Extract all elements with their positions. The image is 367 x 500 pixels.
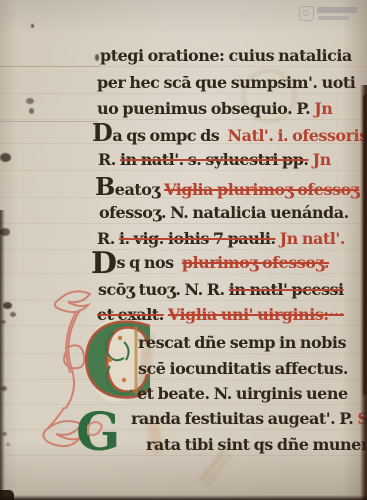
page-corner-bottom-left [0,490,14,500]
ink-mark [29,108,34,114]
text-segment: randa festiuitas augeat'. P. [131,409,357,428]
text-line: rescat dñe semp in nobis [138,331,346,355]
initial-capital: B [95,172,115,201]
watermark-logo [299,5,359,23]
text-segment: uo puenimus obsequio. P. [97,99,314,118]
text-line: randa festiuitas augeat'. P. Sed [131,407,367,431]
text-line: Ds q nos plurimoʒ ofessoʒ. [91,251,329,276]
ink-mark [6,443,10,446]
text-line: Da qs ompc ds Natl'. i. ofessoris [92,121,367,148]
page-edge-left [0,210,5,500]
manuscript-page-photo: C G ptegi oratione: cuius natalicia per … [0,0,367,500]
text-segment: R. [98,150,120,169]
cancelled-segment: i. vig. iohis 7 pauli. [119,229,276,248]
text-line: scōʒ tuoʒ. N. R. in natl' pcessi [98,278,344,302]
text-segment: per hec scā que sumpsim'. uoti [97,73,355,92]
page-edge-right-dark [363,95,367,395]
watermark-icon [299,6,314,21]
initial-capital: D [91,246,117,281]
text-line: R. in natl'. s. syluestri pp. Jn [98,148,331,172]
ruling-line-margin [0,66,100,67]
ink-mark [0,153,11,162]
text-line: ofessoʒ. N. natalicia uenánda. [99,201,349,225]
cancelled-segment: et exalt. [97,305,164,324]
text-segment: a qs ompc ds [112,126,227,145]
cancelled-segment: in natl' pcessi [229,280,344,299]
text-segment: scē iocunditatis affectus. [138,359,348,378]
text-line: et beate. N. uirginis uene [137,382,348,406]
ink-mark [95,54,99,61]
text-line: Beatoʒ Viglia plurimoʒ ofessoʒ [95,175,359,202]
rubric-segment: Jn natl'. [280,229,345,248]
text-segment: eatoʒ [115,180,164,199]
rubric-segment: Natl'. i. ofessoris [227,126,367,145]
text-segment: ofessoʒ. N. natalicia uenánda. [99,203,349,222]
text-segment: rescat dñe semp in nobis [138,333,346,352]
text-line: rata tibi sint qs dñe munera. [146,433,367,457]
ink-mark [26,98,34,104]
cancelled-rubric-segment: Viglia uni' uirginis:··· [168,305,344,324]
text-segment: et beate. N. uirginis uene [137,384,348,403]
svg-text:G: G [76,402,118,462]
initial-capital: D [92,118,112,147]
rubric-segment: Jn [314,99,332,118]
text-line: ptegi oratione: cuius natalicia [100,44,352,68]
cancelled-segment: in natl'. s. syluestri pp. [120,150,309,169]
watermark-text-bar [318,16,349,20]
ink-mark [31,24,34,28]
text-line: uo puenimus obsequio. P. Jn [97,97,332,121]
text-segment: s q nos [117,253,182,272]
illuminated-initial-g: G [74,402,118,462]
watermark-text-bar [317,7,357,13]
ink-mark [10,312,16,317]
rubric-segment: Jn [313,150,331,169]
text-line: R. i. vig. iohis 7 pauli. Jn natl'. [97,227,345,251]
text-line: per hec scā que sumpsim'. uoti [97,71,355,95]
ruling-line-margin [0,121,98,122]
text-line: et exalt. Viglia uni' uirginis:··· [97,303,344,327]
cancelled-rubric-segment: Viglia plurimoʒ ofessoʒ [164,180,359,199]
page-edge-bottom [0,495,367,500]
text-line: scē iocunditatis affectus. [138,357,348,381]
text-segment: rata tibi sint qs dñe munera. [146,435,367,454]
cancelled-rubric-segment: plurimoʒ ofessoʒ. [182,253,329,272]
text-segment: ptegi oratione: cuius natalicia [100,46,352,65]
text-segment: scōʒ tuoʒ. N. R. [98,280,229,299]
